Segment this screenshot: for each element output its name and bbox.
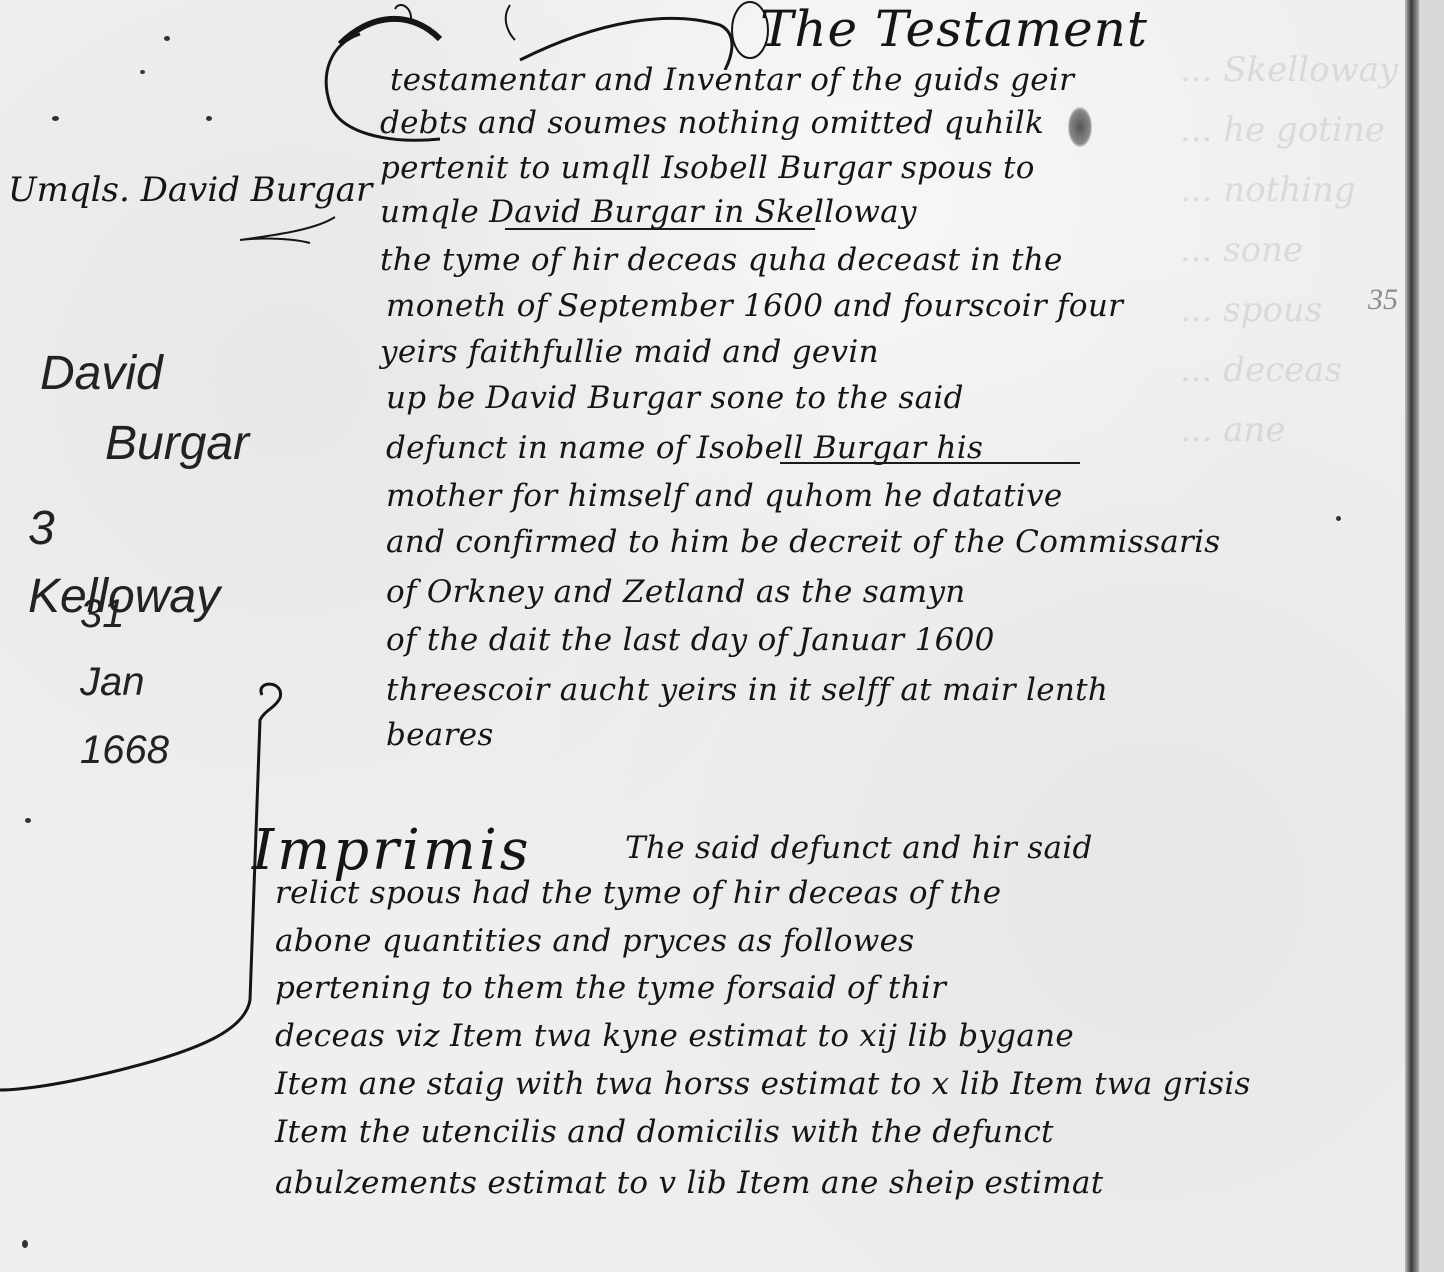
paper-speck (206, 116, 212, 121)
paper-speck (1336, 516, 1341, 521)
text-line: up be David Burgar sone to the said (386, 380, 964, 416)
text-line: of the dait the last day of Januar 1600 (386, 622, 995, 658)
text-line: defunct in name of Isobell Burgar his (386, 430, 983, 466)
text-line: mother for himself and quhom he datative (386, 478, 1063, 514)
page-number: 35 (1368, 283, 1398, 317)
bleed-line: ... sone (1180, 220, 1400, 280)
paper-speck (22, 1240, 28, 1248)
text-line: pertenit to umqll Isobell Burgar spous t… (380, 150, 1035, 186)
text-line: Item ane staig with twa horss estimat to… (275, 1066, 1251, 1102)
underline-isobell-burgar (780, 462, 1080, 464)
bleed-line: ... nothing (1180, 160, 1400, 220)
annotation-first-name: David (40, 340, 163, 408)
imprimis-heading: Imprimis (252, 818, 532, 883)
text-line: relict spous had the tyme of hir deceas … (275, 875, 1001, 911)
bleed-line: ... deceas (1180, 340, 1400, 400)
text-line: and confirmed to him be decreit of the C… (386, 524, 1221, 560)
text-line: pertening to them the tyme forsaid of th… (275, 970, 946, 1006)
bleed-line: ... ane (1180, 400, 1400, 460)
text-line: threescoir aucht yeirs in it selff at ma… (386, 672, 1108, 708)
text-line: debts and soumes nothing omitted quhilk (380, 105, 1044, 141)
binding-fold (1405, 0, 1419, 1272)
paper-speck (52, 116, 59, 121)
margin-swash-icon (235, 215, 345, 245)
text-line: umqle David Burgar in Skelloway (380, 194, 917, 230)
manuscript-page: ... Skelloway ... he gotine ... nothing … (0, 0, 1444, 1272)
annotation-last-name: Burgar (105, 410, 249, 478)
heading-flourish-icon (440, 0, 770, 70)
paper-speck (140, 70, 145, 74)
text-line: abulzements estimat to v lib Item ane sh… (275, 1165, 1104, 1201)
text-line: abone quantities and pryces as followes (275, 923, 914, 959)
text-line: yeirs faithfullie maid and gevin (380, 334, 879, 370)
bleed-line: ... spous (1180, 280, 1400, 340)
text-line: deceas viz Item twa kyne estimat to xij … (275, 1018, 1074, 1054)
underline-david-burgar (505, 228, 815, 230)
text-line: the tyme of hir deceas quha deceast in t… (380, 242, 1063, 278)
text-line: testamentar and Inventar of the guids ge… (390, 62, 1074, 98)
margin-contemporary-note: Umqls. David Burgar (8, 170, 372, 210)
text-line: Item the utencilis and domicilis with th… (275, 1114, 1054, 1150)
text-line: of Orkney and Zetland as the samyn (386, 574, 966, 610)
bleed-through-text: ... Skelloway ... he gotine ... nothing … (1180, 40, 1400, 460)
document-heading: The Testament (760, 0, 1148, 58)
bleed-line: ... Skelloway (1180, 40, 1400, 100)
facing-page-edge (1419, 0, 1444, 1272)
text-line: The said defunct and hir said (625, 830, 1093, 866)
text-line: moneth of September 1600 and fourscoir f… (386, 288, 1123, 324)
paper-speck (164, 36, 170, 41)
text-line: beares (386, 717, 494, 753)
paper-speck (25, 818, 31, 823)
imprimis-bracket-icon (0, 670, 290, 1100)
ink-blot (1068, 107, 1092, 147)
bleed-line: ... he gotine (1180, 100, 1400, 160)
